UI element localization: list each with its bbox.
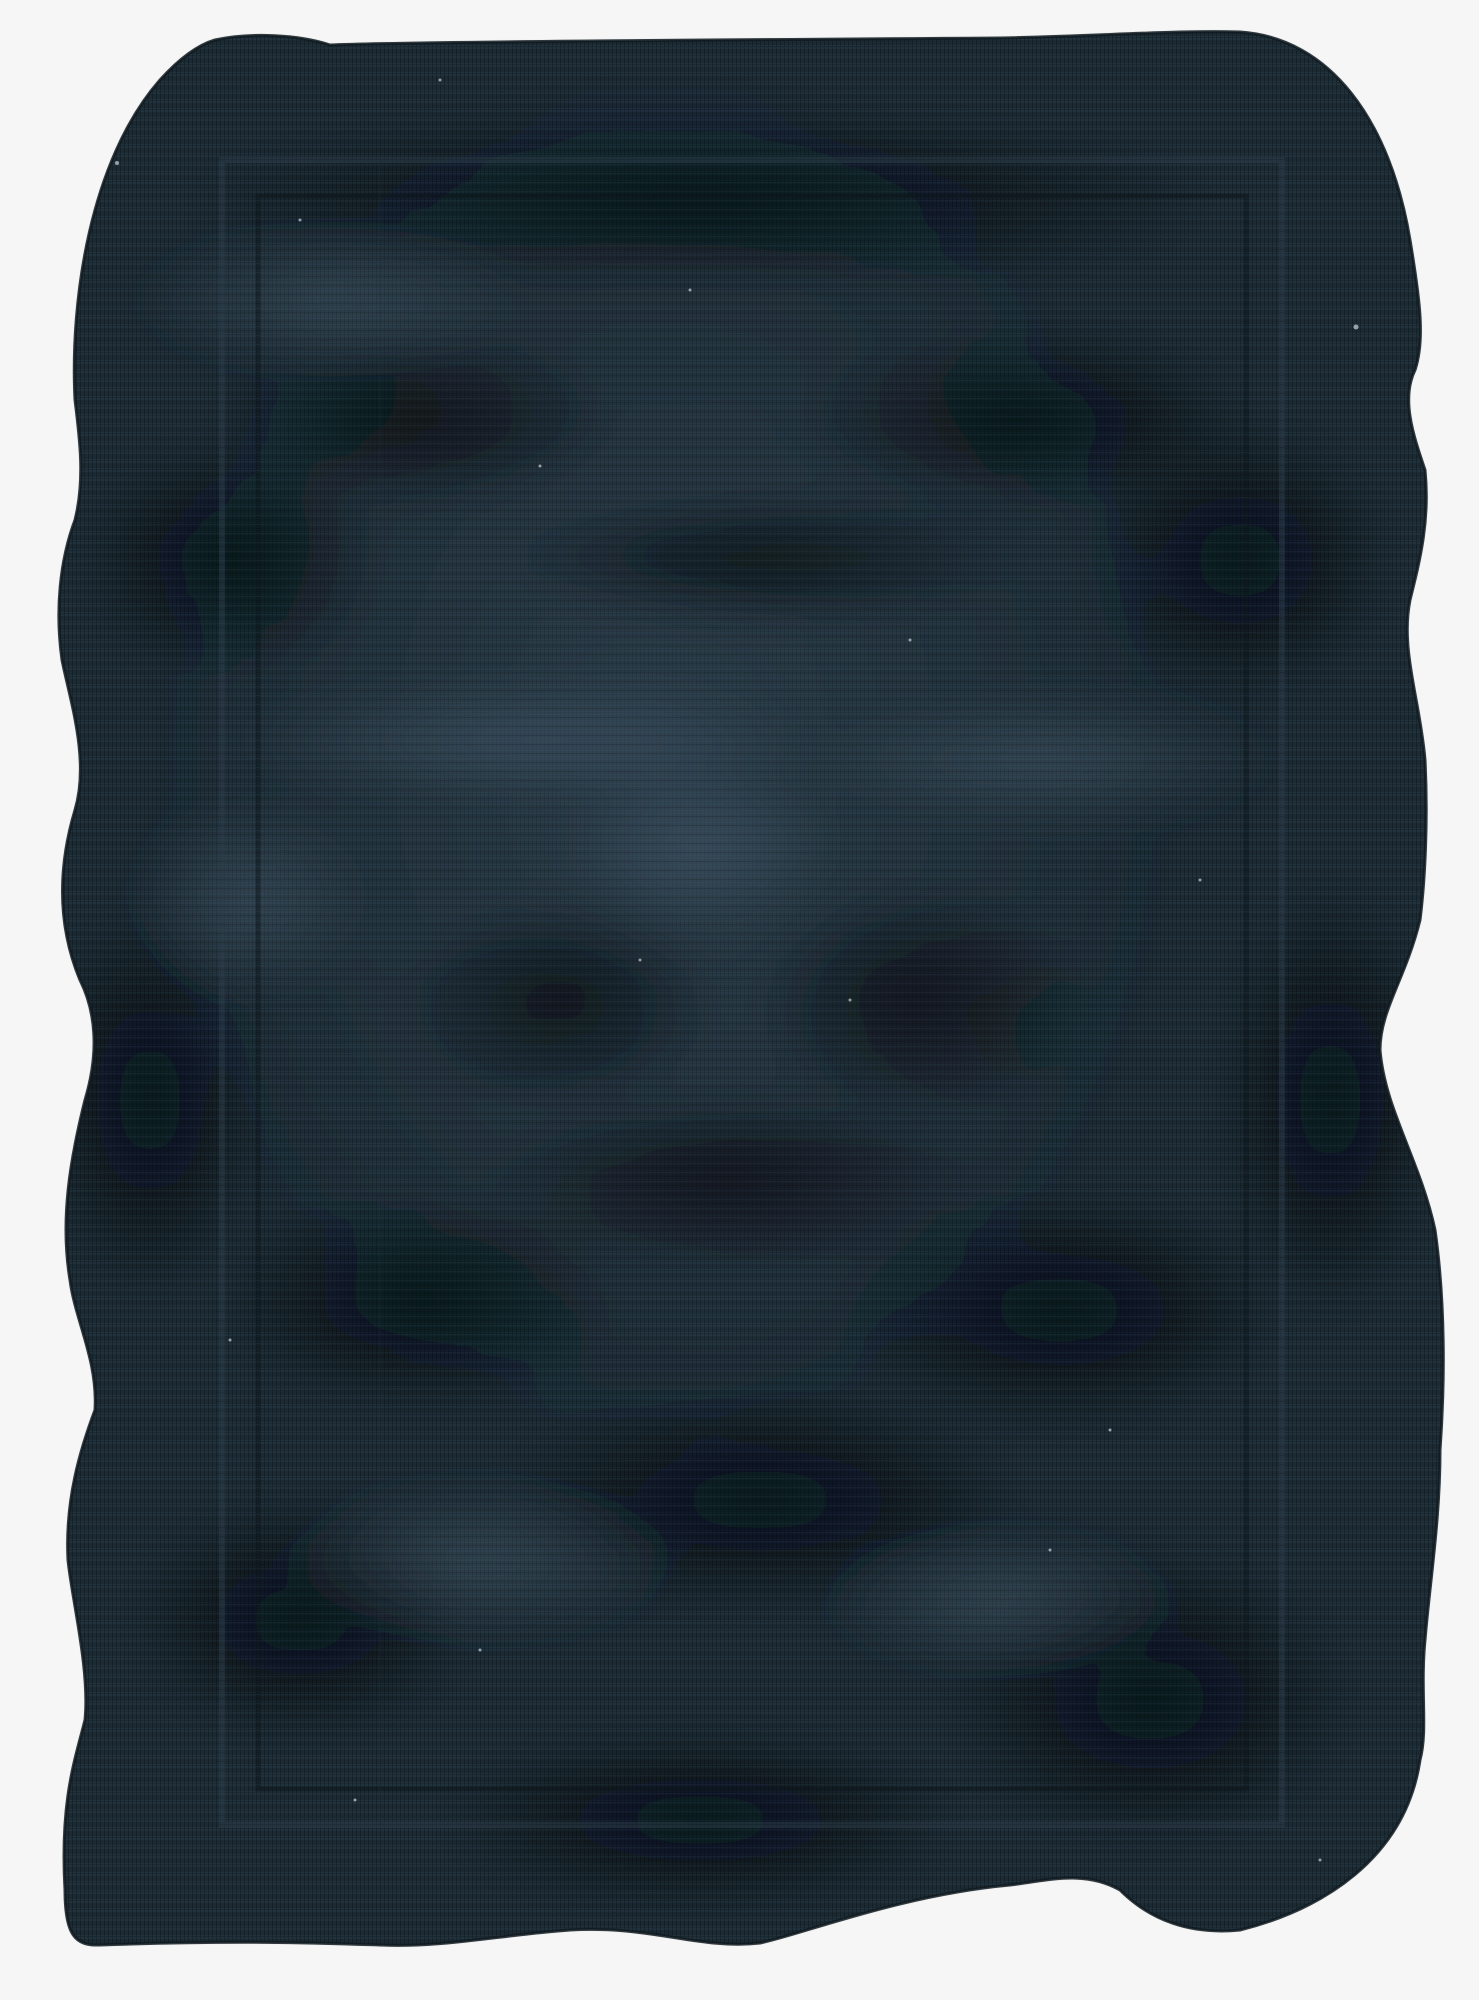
product-photo xyxy=(0,0,1479,2000)
rug-image xyxy=(0,0,1479,2000)
rug-body xyxy=(0,0,1479,2000)
